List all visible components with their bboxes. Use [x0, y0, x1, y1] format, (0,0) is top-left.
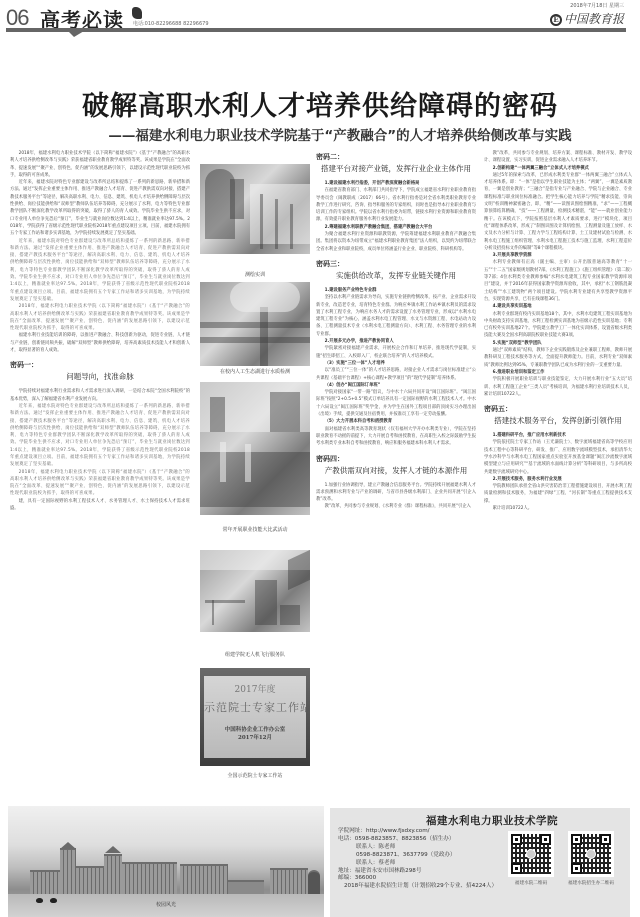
body-paragraph: 学院积极开展职业培训与职业技能鉴定，大力开展水利行业“五大员”培训、水利工程施工… — [484, 376, 632, 398]
body-paragraph: 近年来，福建水院对特色专业群建设与改革所总结和提炼了一系列的新思路、新举措和新方… — [10, 179, 190, 237]
office-contact: 联系人：蔡老师 — [338, 860, 498, 868]
article-column-1: 2018年，福建水利电力职业技术学院（以下简称“福建水院”）《基于“产教融合”的… — [10, 150, 190, 780]
website-label: 学院网址： — [338, 828, 366, 834]
section-2-label: 密码二： — [316, 152, 476, 162]
section-3-label: 密码三： — [316, 259, 476, 269]
body-paragraph: 学院依托院士专家工作站（王光谦院士）、数字流域福建省高等学校应用技术工程中心等科… — [484, 439, 632, 475]
issue-date: 2018年7月18日 星期三 — [570, 2, 624, 9]
body-paragraph: 通过5年的探索与改革，已形成水利类专业群“一体两翼三融合”立体式人才培养体系。即… — [484, 172, 632, 252]
section-3-title: 实施供给改革，发挥专业链关键作用 — [316, 271, 476, 281]
address: 福建省永安市国林路298号 — [355, 868, 422, 874]
photo-caption: 常年开展职业技能大比武活动 — [200, 526, 310, 533]
body-paragraph: 近年来，福建水院对特色专业群建设与改革所总结和提炼了一系列的新思路、新举措和新方… — [10, 403, 190, 469]
school-contact-info: 学院网址：http://www.fjsdxy.com/ 电话：0598-8823… — [338, 828, 498, 891]
photo-academician-workstation-plaque: 2017年度 示范院士专家工作站 中国科协企业工作办公室 2017年12月 — [200, 668, 310, 766]
section-logo-icon — [132, 7, 142, 19]
newspaper-name: 中国教育报 — [564, 12, 624, 26]
item-heading: 2.筹建福建水利职教产教融合集团，搭建产教融合大平台 — [316, 224, 476, 231]
newspaper-logo: E中国教育报 — [550, 10, 624, 27]
item-heading: 6.推进职业培训和鉴定工作 — [484, 369, 632, 376]
plaque-title: 示范院士专家工作站 — [204, 699, 306, 715]
item-heading: 1.建设服务产业特色专业群 — [316, 287, 476, 294]
body-paragraph: 为聚合福建水利行业资源和职教资源，学院筹建福建水利职业教育产教融合集团。集团将以… — [316, 231, 476, 253]
photo-caption: 组建学院无人机飞行服务队 — [200, 651, 310, 658]
body-paragraph: 坚持以水利产业链需求为导向，实施专业链供给侧改革，按产业、企业需求开设新专业，改… — [316, 294, 476, 338]
body-paragraph: 学院持续对福建水利行业需求和人才需求进行深入调研，一是结合本院“全国水利院校”的… — [10, 388, 190, 403]
article-column-4: 教”改革，共同参与专业规划、培养方案、课程标准、教材开发、教学设计、课程设置、实… — [484, 150, 632, 790]
section-5-label: 密码五： — [484, 404, 632, 414]
body-paragraph: 建，具有一定国际视野的水利工程技术人才、水务管理人才、水土保持技术人才需求旺盛。 — [10, 498, 190, 513]
section-5-title: 搭建技术服务平台，发挥创新引领作用 — [484, 416, 632, 426]
plaque-year: 2017年度 — [204, 682, 306, 695]
body-paragraph: 面对福建省水利类高等教育现状（仅有福州大学开办水利类专业），学院在坚持职业教育不… — [316, 426, 476, 448]
item-heading: 4.建设共享实训基地 — [484, 303, 632, 310]
qr-logo-icon — [586, 849, 596, 859]
body-paragraph: 学院紧密对接福建产业需求，开展校企合作和订单培养，推进现代学徒制，实施“招生即招… — [316, 345, 476, 360]
body-paragraph: 学院教师团队承担全省山洪灾害防治非工程措施建设项目，开展水利工程质量检测和技术服… — [484, 483, 632, 505]
item-heading: （3）实施“三位一体”人才培养 — [316, 360, 476, 367]
item-heading: （5）大力开展本科自考和函授教育 — [316, 418, 476, 425]
newspaper-e-logo-icon: E — [550, 14, 562, 26]
item-heading: （4）创办“闽江国际订单班” — [316, 382, 476, 389]
website-link[interactable]: http://www.fjsdxy.com/ — [366, 828, 430, 834]
photo-caption: 校园风光 — [156, 901, 176, 908]
body-paragraph: 学院对接国家“一带一路”倡议，与中水十六局共同开设“闽江国际班”。“闽江国际班”… — [316, 389, 476, 418]
body-paragraph: 以“准员工”“三位一体”的人才培养思路，对接企业人才需求与岗位标准建立“公共课程… — [316, 367, 476, 382]
photo-drone-service-team — [200, 550, 310, 632]
body-paragraph: 教”改革，共同参与专业规划、《水利专业（群）课程标准》，共同开展“引企入 — [316, 503, 476, 510]
masthead: 06 高考必读 电话:010-82296688 82296679 2018年7月… — [0, 0, 640, 40]
body-paragraph: 通过“双师素质”结构，教师下企业实践锻炼及企业兼职工程师，教师开展教科研及工程技… — [484, 347, 632, 369]
photo-skills-competition — [200, 382, 310, 515]
item-heading: 1.搭建科研平台，推广应用水利新技术 — [484, 432, 632, 439]
body-paragraph: 2018年，福建水利电力职业技术学院（以下简称“福建水院”）《基于“产教融合”的… — [10, 303, 190, 332]
photo-caption: 全国示范院士专家工作站 — [200, 772, 310, 779]
editor-phone: 电话:010-82296688 82296679 — [133, 20, 209, 27]
body-paragraph: 2018年，福建水利电力职业技术学院（以下简称“福建水院”）《基于“产教融合”的… — [10, 469, 190, 498]
postcode-label: 邮编： — [338, 875, 355, 881]
photo-caption: 测绘实训 — [200, 271, 310, 278]
plaque-date: 2017年12月 — [204, 733, 306, 741]
address-label: 地址： — [338, 868, 355, 874]
item-heading: 1.建设福建水利行指委，开创产教深度融合新格局 — [316, 180, 476, 187]
photo-caption: 在校内人工生态湖进行水质检测 — [200, 368, 310, 375]
body-paragraph: 1.加强行业协调指导，建立产教融合信息服务平台。学院持续开展福建水利人才需求预测… — [316, 482, 476, 504]
section-1-title: 问题导向，找准命脉 — [10, 372, 190, 382]
body-paragraph: 水利专业群现有校内实训基地18个。其中，水利水电建筑工程实训基地为中央财政支持实… — [484, 311, 632, 340]
enrollment-plan: 2018年福建水院招生计划（计划招收29个专业、招4224人） — [338, 883, 498, 891]
section-4-title: 产教供需双向对接，发挥人才链的本源作用 — [316, 466, 476, 476]
school-info-box: 福建水利电力职业技术学院 学院网址：http://www.fjsdxy.com/… — [330, 808, 630, 917]
section-4-label: 密码四： — [316, 454, 476, 464]
item-heading: 2.开展多元办学，推进产教协同育人 — [316, 338, 476, 345]
photo-campus-scenery: 校园风光 — [8, 806, 324, 917]
admissions-contact: 联系人：陈老师 — [338, 844, 498, 852]
photo-water-quality-testing — [200, 282, 310, 366]
office-phone: 0598-8823871、3637799（党政办） — [338, 852, 498, 860]
qr-logo-icon — [526, 849, 536, 859]
qr-code-school[interactable] — [508, 831, 554, 877]
qr-code-admissions[interactable] — [568, 831, 614, 877]
body-paragraph: 累计培训10722人。 — [484, 505, 632, 512]
qr-label: 福建水院二维码 — [503, 880, 559, 886]
intro-paragraph: 2018年，福建水利电力职业技术学院（以下简称“福建水院”）《基于“产教融合”的… — [10, 150, 190, 179]
body-paragraph: 在福建省教育部门、水利部门共同指导下，学院成立福建省水利行业职业教育指导委员会（… — [316, 187, 476, 223]
admissions-phone: 0598-8823857、8823856（招生办） — [355, 836, 455, 842]
photo-surveying-practice — [200, 164, 310, 254]
item-heading: 2.创新构建“一体两翼三融合”立体式人才培养模式 — [484, 165, 632, 172]
article-headline: 破解高职水利人才培养供给障碍的密码 — [0, 84, 640, 123]
item-heading: 2.开展技术服务，服务水利行业发展 — [484, 476, 632, 483]
article-column-3: 密码二： 搭建平台对接产业链，发挥行业企业主体作用 1.建设福建水利行指委，开创… — [316, 152, 476, 788]
item-heading: 5.实施“双师型”教学团队 — [484, 340, 632, 347]
section-2-title: 搭建平台对接产业链，发挥行业企业主体作用 — [316, 164, 476, 174]
section-1-label: 密码一： — [10, 360, 190, 370]
masthead-rule-pointer — [68, 31, 84, 37]
body-paragraph: 水利专业教师有正高（副主编、主审）公开出版普通高等教育“十一五”“十二五”国家级… — [484, 259, 632, 303]
masthead-rule — [6, 28, 626, 32]
phone-label: 电话： — [338, 836, 355, 842]
item-heading: 3.开展共享教学资源 — [484, 252, 632, 259]
plaque-org: 中国科协企业工作办公室 — [204, 725, 306, 733]
qr-label: 福建水院招生办二维码 — [563, 880, 619, 886]
postcode: 366000 — [355, 875, 376, 881]
body-paragraph: 教”改革，共同参与专业规划、培养方案、课程标准、教材开发、教学设计、课程设置、实… — [484, 150, 632, 165]
body-paragraph: 福建水利行业技能培训的障碍，以推进产教融合、科技创新为驱动，促进专业链、人才链与… — [10, 332, 190, 354]
article-subheadline: ——福建水利电力职业技术学院基于“产教融合”的人才培养供给侧改革与实践 — [0, 124, 640, 144]
school-name: 福建水利电力职业技术学院 — [426, 813, 558, 828]
body-paragraph: 近年来，福建水院对特色专业群建设与改革所总结和提炼了一系列的新思路、新举措和新方… — [10, 238, 190, 304]
